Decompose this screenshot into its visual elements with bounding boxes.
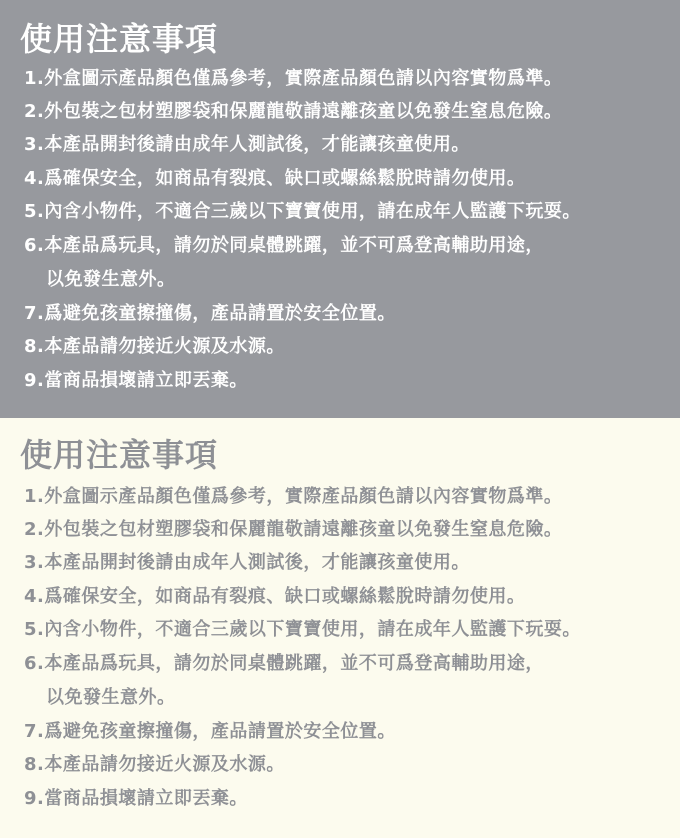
notice-item-9: 9.當商品損壞請立即丟棄。	[24, 782, 581, 815]
notice-item-4: 4.爲確保安全，如商品有裂痕、缺口或螺絲鬆脫時請勿使用。	[24, 580, 581, 613]
notice-item-6-continued: 以免發生意外。	[24, 262, 581, 297]
usage-notice-panel-dark: 使用注意事項 1.外盒圖示產品顏色僅爲參考，實際產品顏色請以內容實物爲準。 2.…	[0, 0, 680, 418]
notice-title: 使用注意事項	[20, 20, 218, 58]
notice-item-6: 6.本產品爲玩具，請勿於同桌體跳躍，並不可爲登高輔助用途，	[24, 229, 581, 262]
notice-item-7: 7.爲避免孩童擦撞傷，產品請置於安全位置。	[24, 297, 581, 330]
notice-item-6-continued: 以免發生意外。	[24, 680, 581, 715]
notice-item-2: 2.外包裝之包材塑膠袋和保麗龍敬請遠離孩童以免發生窒息危險。	[24, 513, 581, 546]
notice-item-1: 1.外盒圖示產品顏色僅爲參考，實際產品顏色請以內容實物爲準。	[24, 480, 581, 513]
notice-list: 1.外盒圖示產品顏色僅爲參考，實際產品顏色請以內容實物爲準。 2.外包裝之包材塑…	[24, 480, 581, 816]
notice-item-8: 8.本產品請勿接近火源及水源。	[24, 749, 581, 782]
notice-item-7: 7.爲避免孩童擦撞傷，產品請置於安全位置。	[24, 715, 581, 748]
notice-item-6: 6.本產品爲玩具，請勿於同桌體跳躍，並不可爲登高輔助用途，	[24, 647, 581, 680]
notice-item-1: 1.外盒圖示產品顏色僅爲參考，實際產品顏色請以內容實物爲準。	[24, 62, 581, 95]
notice-item-5: 5.內含小物件，不適合三歲以下寶寶使用，請在成年人監護下玩耍。	[24, 614, 581, 647]
notice-item-3: 3.本產品開封後請由成年人測試後，才能讓孩童使用。	[24, 547, 581, 580]
usage-notice-panel-light: 使用注意事項 1.外盒圖示產品顏色僅爲參考，實際產品顏色請以內容實物爲準。 2.…	[0, 418, 680, 838]
notice-item-3: 3.本產品開封後請由成年人測試後，才能讓孩童使用。	[24, 129, 581, 162]
notice-item-5: 5.內含小物件，不適合三歲以下寶寶使用，請在成年人監護下玩耍。	[24, 196, 581, 229]
notice-item-2: 2.外包裝之包材塑膠袋和保麗龍敬請遠離孩童以免發生窒息危險。	[24, 95, 581, 128]
notice-title: 使用注意事項	[20, 436, 218, 474]
notice-item-8: 8.本產品請勿接近火源及水源。	[24, 331, 581, 364]
notice-list: 1.外盒圖示產品顏色僅爲參考，實際產品顏色請以內容實物爲準。 2.外包裝之包材塑…	[24, 62, 581, 398]
notice-item-4: 4.爲確保安全，如商品有裂痕、缺口或螺絲鬆脫時請勿使用。	[24, 162, 581, 195]
notice-item-9: 9.當商品損壞請立即丟棄。	[24, 364, 581, 397]
